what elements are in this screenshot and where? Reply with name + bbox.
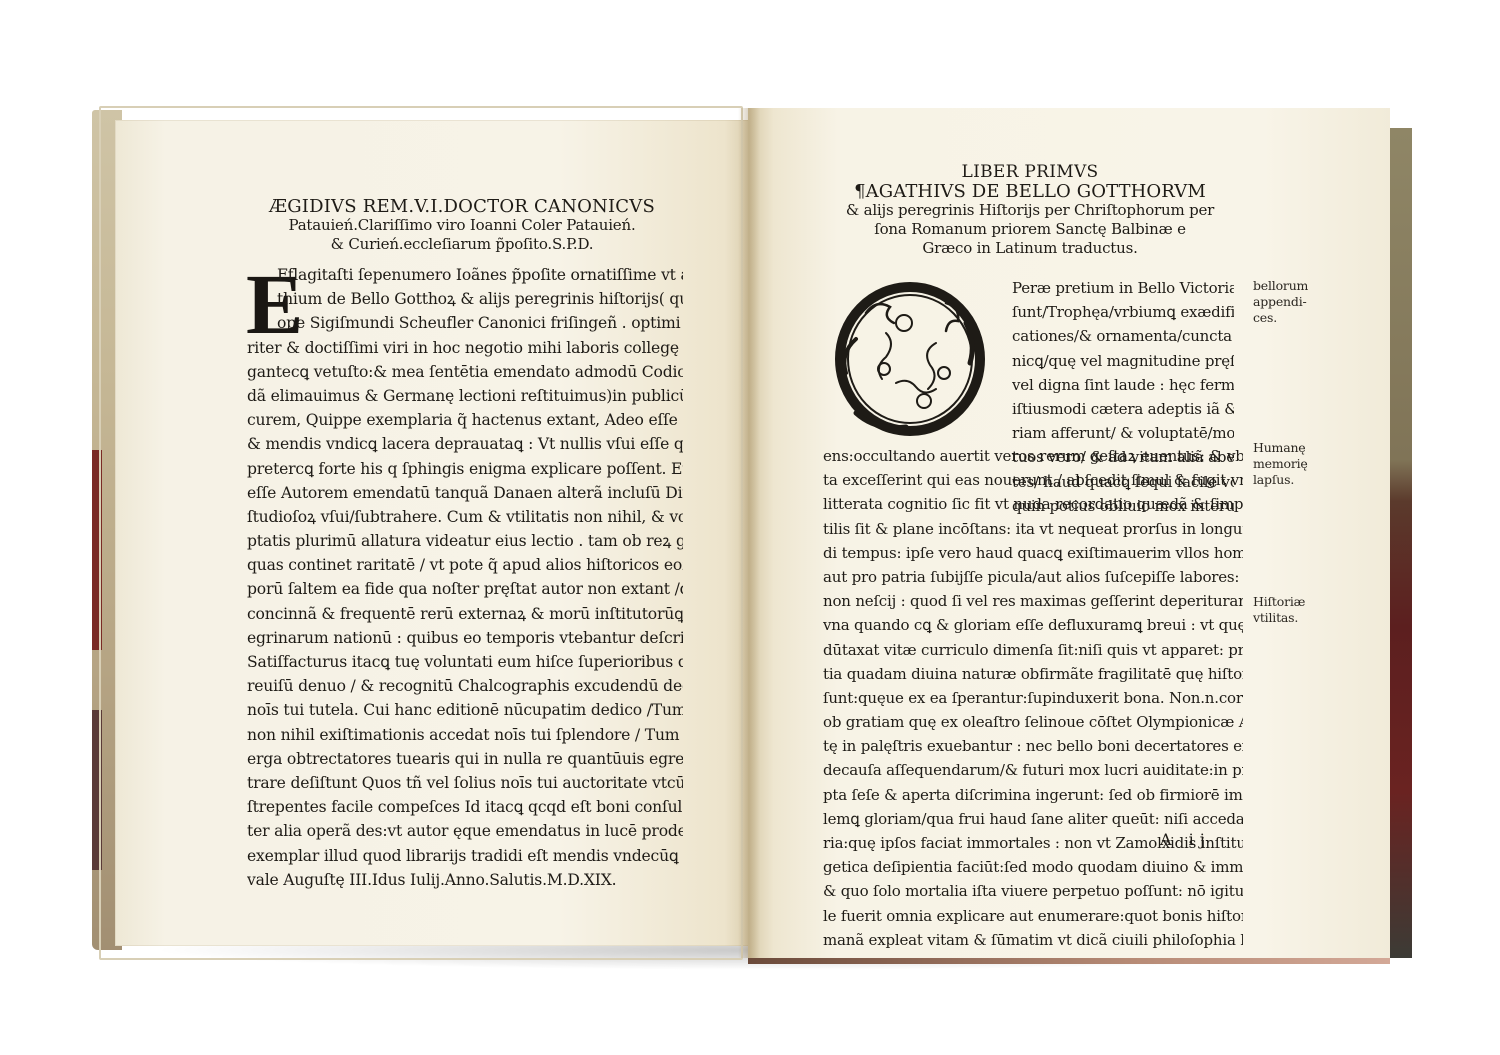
margin-note-line: appendi-: [1253, 294, 1308, 310]
text-line: vel digna ſint laude : hęc ferme &: [1012, 373, 1234, 397]
text-line: litterata cognitio ſic fit vt nuda recor…: [823, 492, 1243, 516]
text-line: & mendis vndicꝗ lacera deprauataꝗ : Vt n…: [247, 432, 683, 456]
text-line: ptatis plurimū allatura videatur eius le…: [247, 529, 683, 553]
text-line: ſunt:quęue ex ea ſperantur:ſupinduxerit …: [823, 686, 1243, 710]
text-line: manã expleat vitam & ſūmatim vt dicã ciu…: [823, 928, 1243, 952]
right-heading-line-3: & alijs peregrinis Hiſtorijs per Chriſto…: [820, 201, 1240, 220]
left-cover-red-leather: [92, 450, 102, 650]
text-line: gantecꝗ vetuſto:& mea ſentētia emendato …: [247, 360, 683, 384]
left-heading-line-2: Patauień.Clariſſimo viro Ioanni Coler Pa…: [252, 216, 672, 235]
book-gutter: [738, 108, 760, 958]
left-page-heading: ÆGIDIVS REM.V.I.DOCTOR CANONICVS Patauie…: [252, 197, 672, 254]
text-line: le fuerit omnia explicare aut enumerare:…: [823, 904, 1243, 928]
margin-note-line: memorię: [1253, 456, 1308, 472]
margin-note-line: Hiſtoriæ: [1253, 594, 1305, 610]
text-line: Fflagitaſti ſepenumero Ioãnes p̃poſite o…: [247, 263, 683, 287]
text-line: curem, Quippe exemplaria q̃ hactenus ext…: [247, 408, 683, 432]
text-line: noīs tui tutela. Cui hanc editionē nūcup…: [247, 698, 683, 722]
text-line: riam afferunt/ & voluptatē/mor-: [1012, 421, 1234, 445]
text-line: ſunt/Trophęa/vrbiumꝗ exædifi-: [1012, 300, 1234, 324]
text-line: Peræ pretium in Bello Victoriæ: [1012, 276, 1234, 300]
signature-mark: A ij: [1160, 828, 1211, 852]
margin-note-line: ces.: [1253, 310, 1308, 326]
text-line: ope Sigiſmundi Scheufler Canonici friſin…: [247, 311, 683, 335]
text-line: trare deſiſtunt Quos tñ vel ſolius noīs …: [247, 771, 683, 795]
left-heading-line-3: & Curień.eccleſiarum p̃poſito.S.P.D.: [252, 235, 672, 254]
right-heading-line-1: LIBER PRIMVS: [820, 163, 1240, 182]
text-line: di tempus: ipſe vero haud quacꝗ exiſtima…: [823, 541, 1243, 565]
right-page-heading: LIBER PRIMVS ¶AGATHIVS DE BELLO GOTTHORV…: [820, 163, 1240, 258]
margin-note-line: Humanę: [1253, 440, 1308, 456]
margin-note-humane-memorie: Humanę memorię lapſus.: [1253, 440, 1308, 488]
text-line: ens:occultando auertit veros rerum geſta…: [823, 444, 1243, 468]
text-line: non neſcij : quod ſi vel res maximas geſ…: [823, 589, 1243, 613]
margin-note-bellorum: bellorum appendi- ces.: [1253, 278, 1308, 326]
right-heading-line-4: ſona Romanum priorem Sanctę Balbinæ e: [820, 220, 1240, 239]
text-line: pta ſeſe & aperta diſcrimina ingerunt: ſ…: [823, 783, 1243, 807]
text-line: ſtrepentes facile compeſces Id itacꝗ qcq…: [247, 795, 683, 819]
text-line: dūtaxat vitæ curriculo dimenſa ſit:niſi …: [823, 638, 1243, 662]
text-line: aut pro patria ſubijſſe picula/aut alios…: [823, 565, 1243, 589]
text-line: egrinarum nationū : quibus eo temporis v…: [247, 626, 683, 650]
text-line: ter alia operã des:vt autor ęque emendat…: [247, 819, 683, 843]
right-cover-edge: [1388, 128, 1412, 958]
text-line: iſtiusmodi cætera adeptis iã & glo: [1012, 397, 1234, 421]
left-page-body: Fflagitaſti ſepenumero Ioãnes p̃poſite o…: [247, 263, 683, 892]
text-line: eſſe Autorem emendatū tanquã Danaen alte…: [247, 481, 683, 505]
right-heading-line-5: Græco in Latinum traductus.: [820, 239, 1240, 258]
text-line: ob gratiam quę ex oleaſtro ſelinoue cōſt…: [823, 710, 1243, 734]
text-line: decauſa aſſequendarum/& futuri mox lucri…: [823, 758, 1243, 782]
text-line: & quo ſolo mortalia iſta viuere perpetuo…: [823, 879, 1243, 903]
text-line: porū ſaltem ea fide qua noſter pręſtat a…: [247, 577, 683, 601]
margin-note-line: bellorum: [1253, 278, 1308, 294]
left-heading-line-1: ÆGIDIVS REM.V.I.DOCTOR CANONICVS: [252, 197, 672, 216]
text-line: tę in palęſtris exuebantur : nec bello b…: [823, 734, 1243, 758]
text-line: quas continet raritatē / vt pote q̃ apud…: [247, 553, 683, 577]
right-page-body: ens:occultando auertit veros rerum geſta…: [823, 444, 1243, 952]
text-line: reuiſū denuo / & recognitū Chalcographis…: [247, 674, 683, 698]
margin-note-line: vtilitas.: [1253, 610, 1305, 626]
text-line: nicꝗ/quę vel magnitudine pręſtēt/: [1012, 349, 1234, 373]
text-line: exemplar illud quod librarijs tradidi eſ…: [247, 844, 683, 868]
decorated-initial-o-icon: [826, 273, 994, 441]
text-line: thium de Bello Gotthoꝝ & alijs peregrini…: [247, 287, 683, 311]
margin-note-line: lapſus.: [1253, 472, 1308, 488]
text-line: non nihil exiſtimationis accedat noīs tu…: [247, 723, 683, 747]
text-line: concinnã & frequentē rerū externaꝝ & mor…: [247, 602, 683, 626]
text-line: getica deſipientia faciūt:ſed modo quoda…: [823, 855, 1243, 879]
right-heading-line-2: ¶AGATHIVS DE BELLO GOTTHORVM: [820, 182, 1240, 201]
text-line: erga obtrectatores tuearis qui in nulla …: [247, 747, 683, 771]
right-page-bottom-edge: [748, 958, 1390, 964]
text-line: tia quadam diuina naturæ obfirmãte fragi…: [823, 662, 1243, 686]
text-line-colophon-date: vale Auguſtę III.Idus Iulij.Anno.Salutis…: [247, 868, 683, 892]
text-line: ta exceſſerint qui eas nouerunt / abſced…: [823, 468, 1243, 492]
left-cover-dark-leather: [92, 710, 102, 870]
text-line: ſtudioſoꝝ vſui/ſubtrahere. Cum & vtilita…: [247, 505, 683, 529]
text-line: cationes/& ornamenta/cuncta de-: [1012, 324, 1234, 348]
text-line: vna quando cꝗ & gloriam eſſe defluxuramꝗ…: [823, 613, 1243, 637]
text-line: riter & doctiſſimi viri in hoc negotio m…: [247, 336, 683, 360]
text-line: Satiſfacturus itacꝗ tuę voluntati eum hi…: [247, 650, 683, 674]
text-line: dã elimauimus & Germanę lectioni reſtitu…: [247, 384, 683, 408]
margin-note-historiae-utilitas: Hiſtoriæ vtilitas.: [1253, 594, 1305, 626]
text-line: tilis ſit & plane incōſtans: ita vt nequ…: [823, 517, 1243, 541]
text-line: pretercꝗ forte his q ſphingis enigma exp…: [247, 457, 683, 481]
